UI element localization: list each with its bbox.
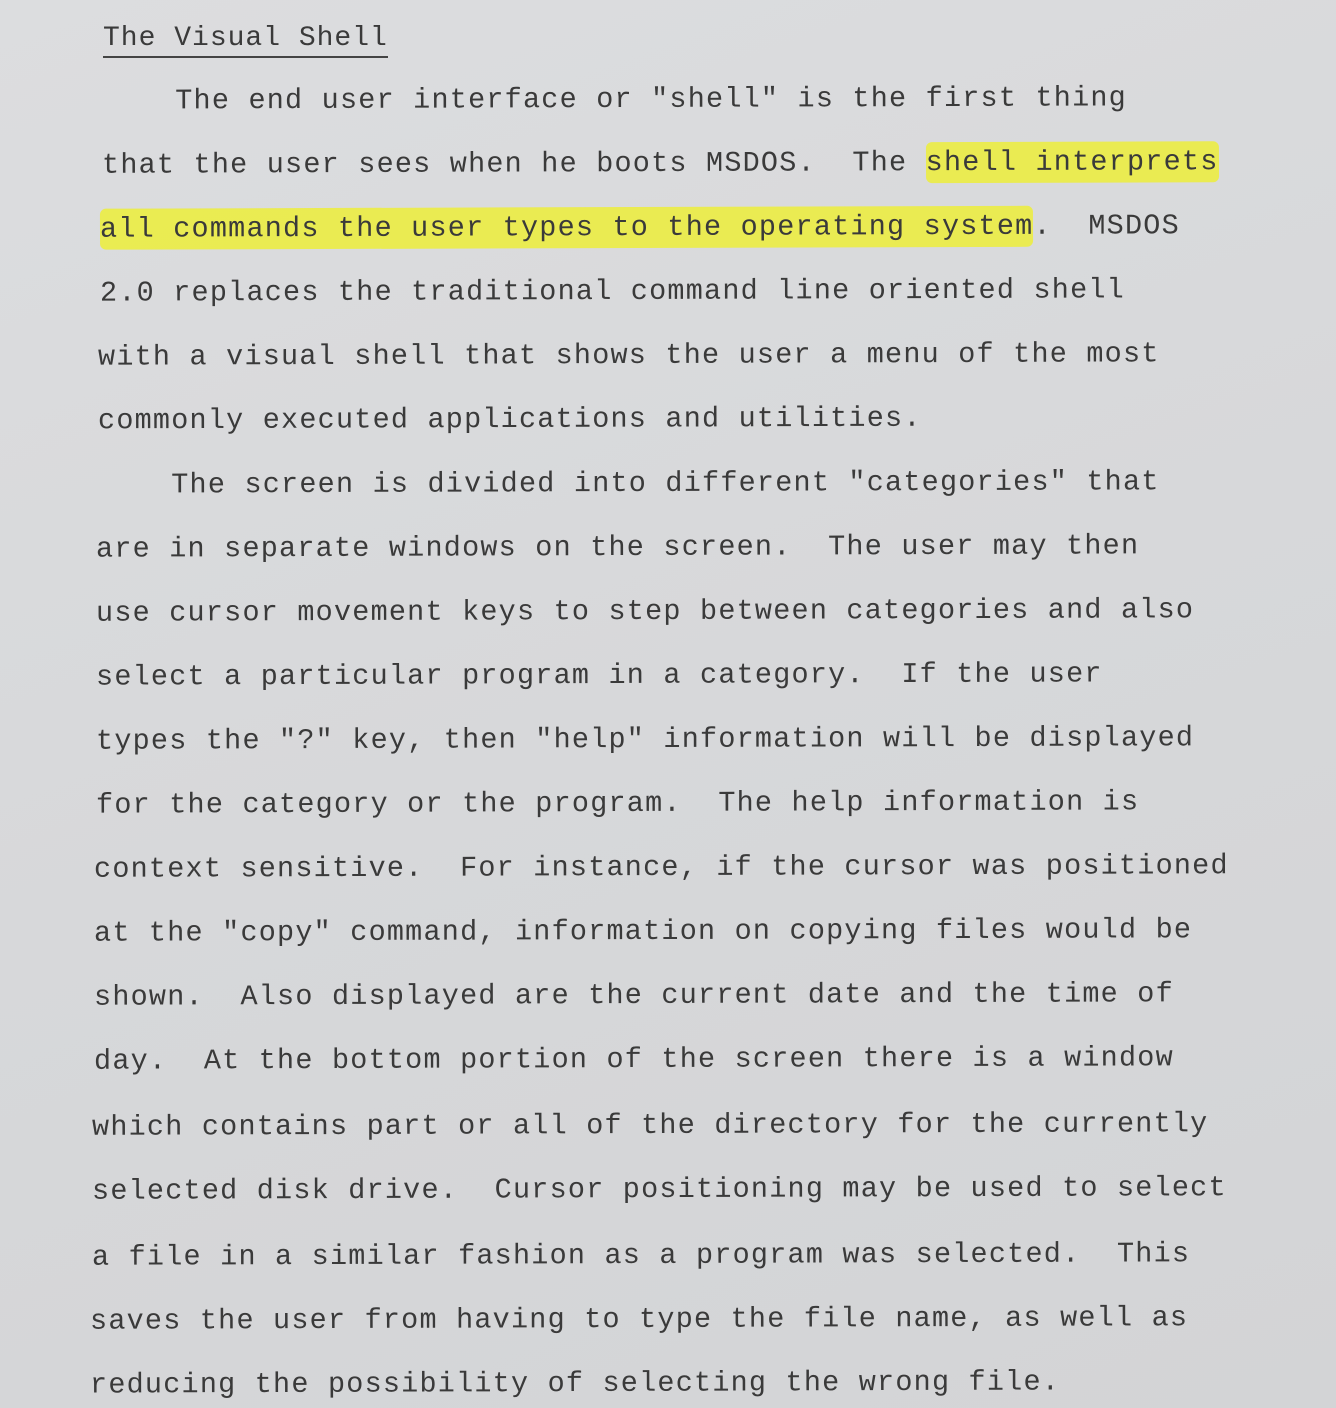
text-line: selected disk drive. Cursor positioning …: [92, 1170, 1227, 1210]
text-line: types the "?" key, then "help" informati…: [96, 720, 1194, 759]
text-run: use cursor movement keys to step between…: [96, 593, 1194, 629]
text-line: shown. Also displayed are the current da…: [94, 976, 1174, 1015]
text-line: select a particular program in a categor…: [96, 656, 1103, 695]
text-line: reducing the possibility of selecting th…: [90, 1364, 1060, 1403]
text-line: The screen is divided into different "ca…: [98, 464, 1160, 503]
text-run: saves the user from having to type the f…: [90, 1301, 1188, 1337]
highlighted-text: all commands the user types to the opera…: [100, 206, 1034, 250]
text-line: with a visual shell that shows the user …: [98, 336, 1160, 375]
text-run: that the user sees when he boots MSDOS. …: [102, 146, 926, 182]
text-line: day. At the bottom portion of the screen…: [94, 1040, 1174, 1079]
text-run: reducing the possibility of selecting th…: [90, 1365, 1060, 1401]
text-line: use cursor movement keys to step between…: [96, 592, 1194, 631]
text-run: The end user interface or "shell" is the…: [102, 81, 1127, 117]
text-run: with a visual shell that shows the user …: [98, 337, 1160, 373]
text-line: context sensitive. For instance, if the …: [94, 848, 1229, 888]
text-run: The screen is divided into different "ca…: [98, 465, 1160, 501]
text-line: for the category or the program. The hel…: [96, 784, 1139, 823]
highlighted-text: shell interprets: [926, 141, 1219, 183]
document-page: The Visual Shell The end user interface …: [0, 0, 1336, 1408]
section-heading: The Visual Shell: [103, 22, 388, 58]
text-run: a file in a similar fashion as a program…: [92, 1237, 1190, 1273]
text-run: for the category or the program. The hel…: [96, 785, 1139, 821]
text-line: 2.0 replaces the traditional command lin…: [100, 272, 1125, 311]
text-line: a file in a similar fashion as a program…: [92, 1236, 1190, 1275]
text-run: at the "copy" command, information on co…: [94, 913, 1192, 949]
text-run: context sensitive. For instance, if the …: [94, 849, 1229, 886]
text-line: all commands the user types to the opera…: [100, 208, 1180, 247]
text-line: saves the user from having to type the f…: [90, 1300, 1188, 1339]
text-line: that the user sees when he boots MSDOS. …: [102, 144, 1219, 184]
text-line: are in separate windows on the screen. T…: [96, 528, 1139, 567]
text-run: which contains part or all of the direct…: [92, 1107, 1209, 1144]
text-run: are in separate windows on the screen. T…: [96, 529, 1139, 565]
text-run: . MSDOS: [1033, 209, 1180, 242]
text-run: 2.0 replaces the traditional command lin…: [100, 273, 1125, 309]
text-line: at the "copy" command, information on co…: [94, 912, 1192, 951]
text-run: selected disk drive. Cursor positioning …: [92, 1171, 1227, 1208]
text-run: types the "?" key, then "help" informati…: [96, 721, 1194, 757]
text-run: day. At the bottom portion of the screen…: [94, 1041, 1174, 1077]
text-run: commonly executed applications and utili…: [98, 402, 922, 438]
text-run: select a particular program in a categor…: [96, 657, 1103, 693]
text-line: The end user interface or "shell" is the…: [102, 80, 1127, 119]
text-line: commonly executed applications and utili…: [98, 401, 922, 440]
text-run: shown. Also displayed are the current da…: [94, 977, 1174, 1013]
text-line: which contains part or all of the direct…: [92, 1106, 1209, 1146]
